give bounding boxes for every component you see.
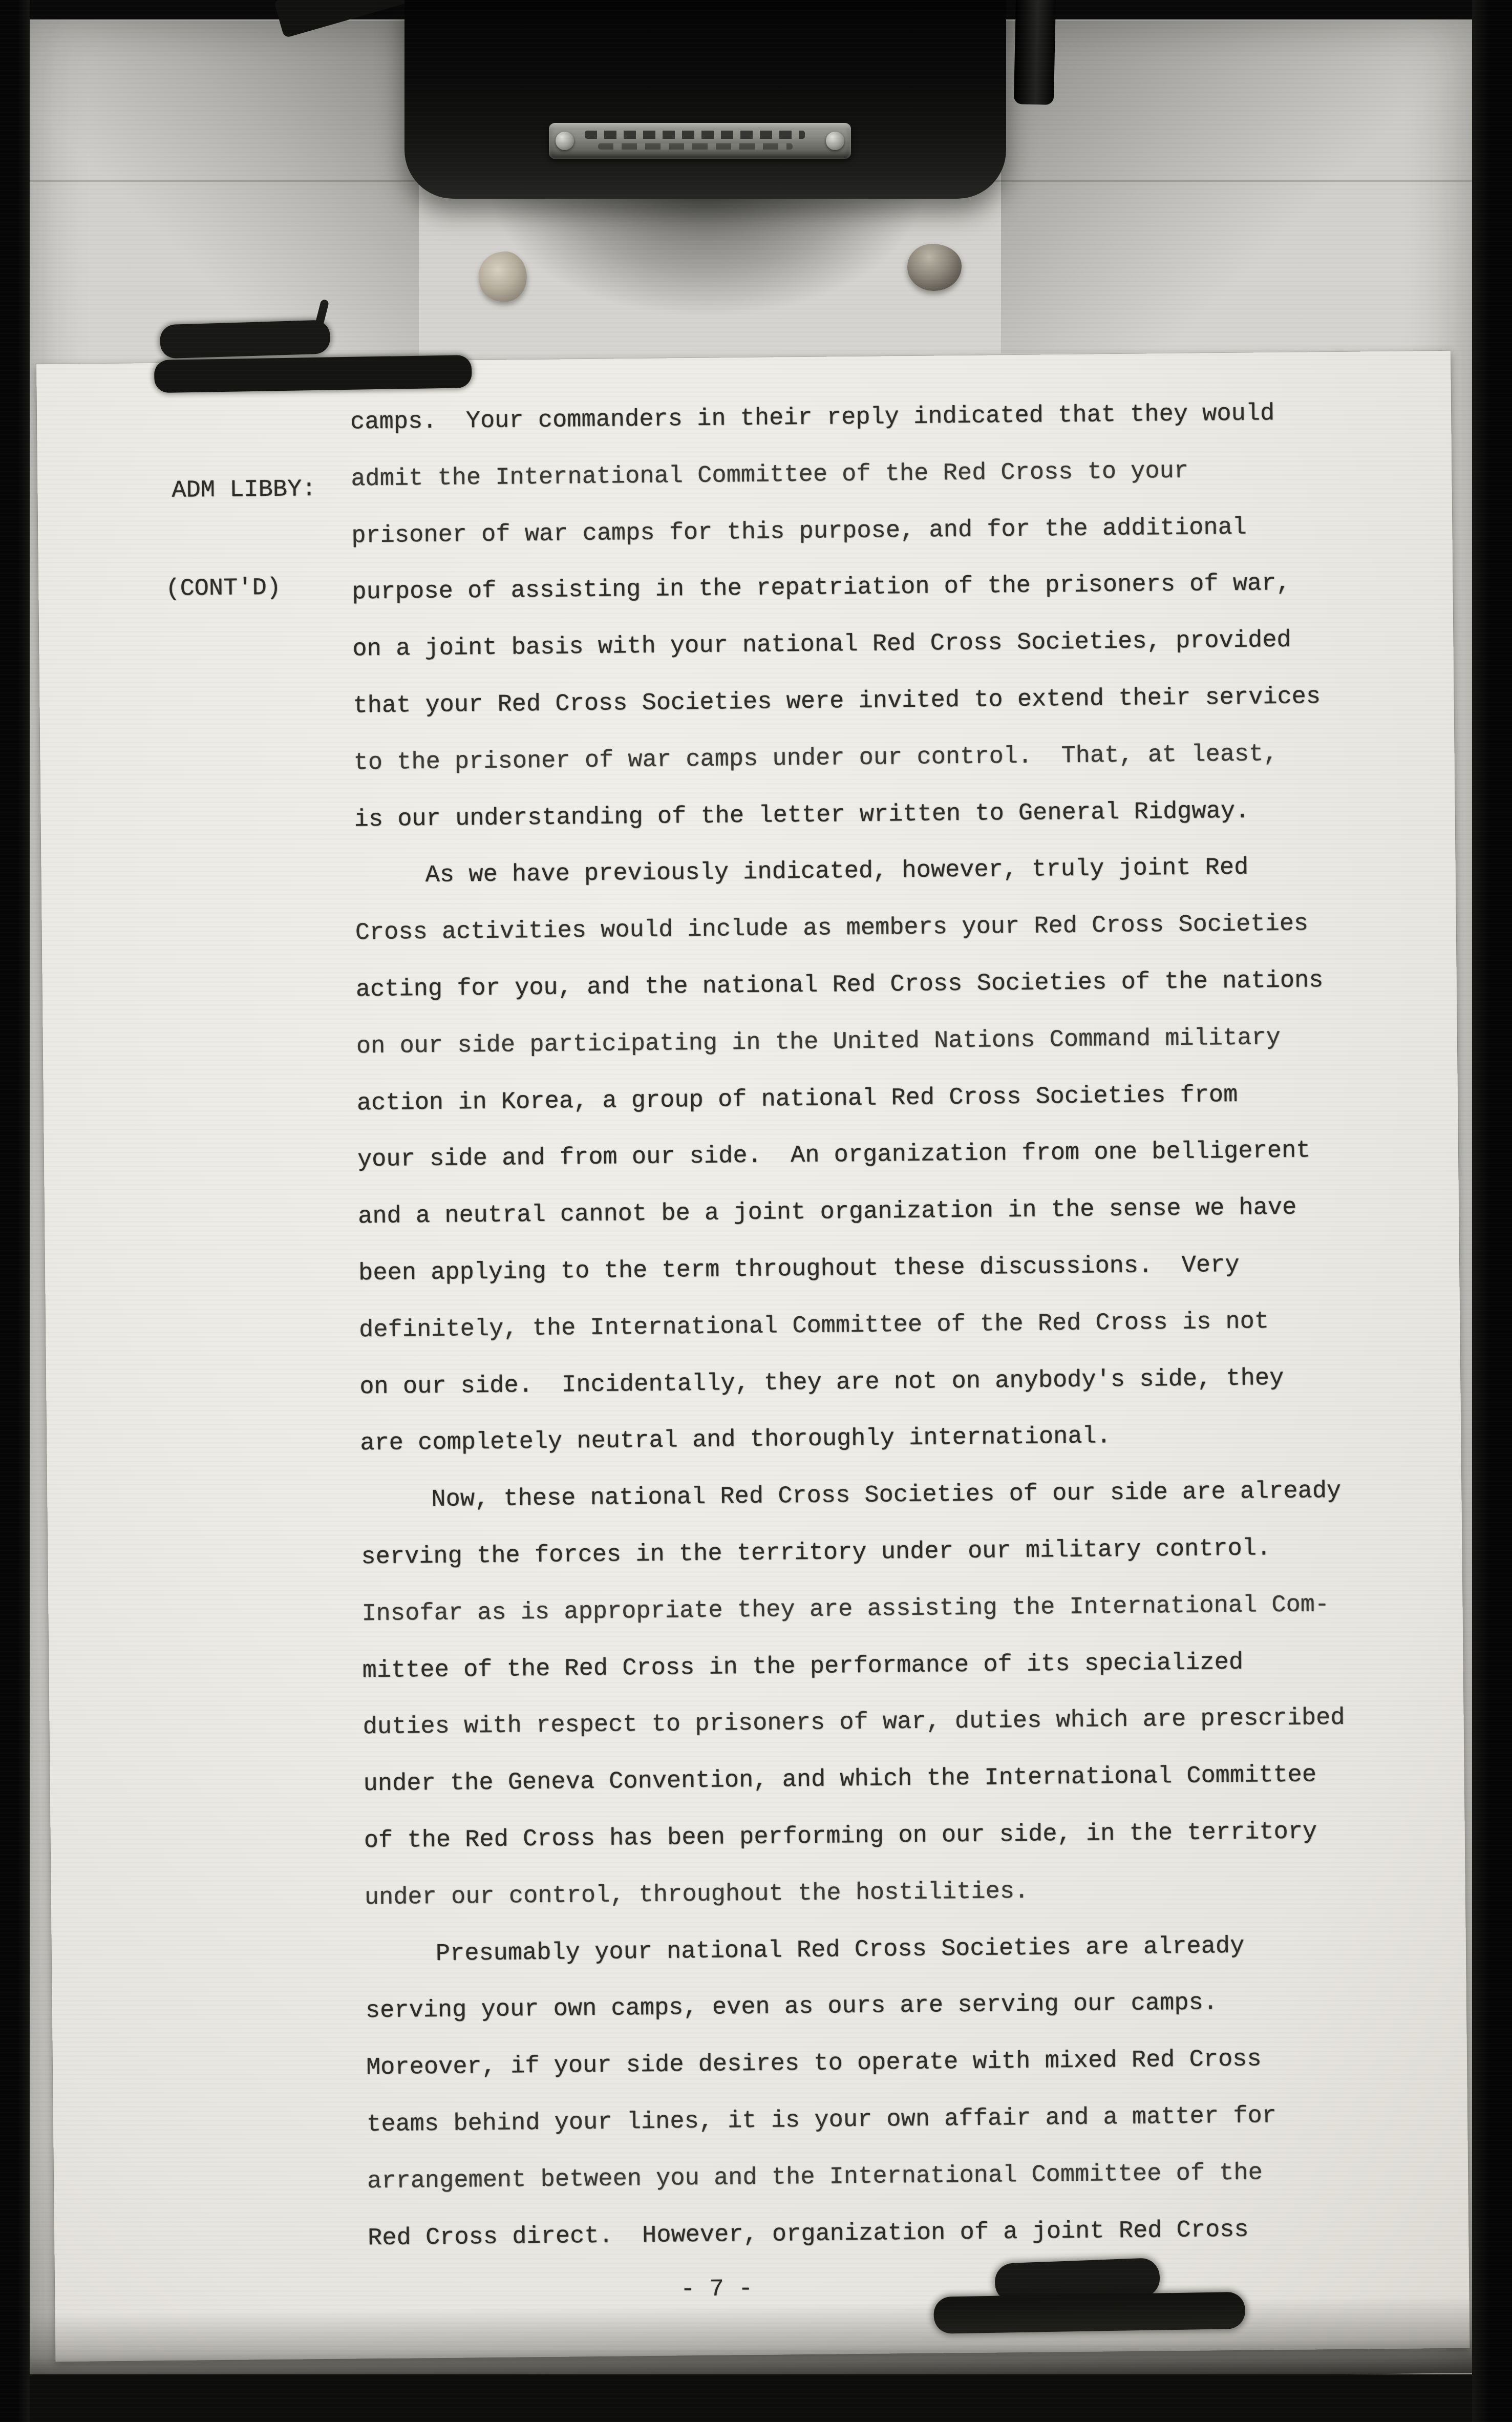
transcript-line: are completely neutral and thoroughly in… [360,1418,1436,1461]
transcript-line: Cross activities would include as member… [355,907,1431,950]
transcript-line: your side and from our side. An organiza… [357,1134,1433,1177]
redaction-bar-top-1 [160,320,331,359]
transcript-line: Insofar as is appropriate they are assis… [361,1588,1437,1631]
transcript-line: Now, these national Red Cross Societies … [360,1474,1436,1517]
transcript-line: definitely, the International Committee … [359,1304,1435,1347]
transcript-line: that your Red Cross Societies were invit… [353,680,1429,723]
transcript-line: serving your own camps, even as ours are… [366,1985,1441,2028]
transcript-line: purpose of assisting in the repatriation… [352,566,1428,609]
transcript-line: on our side. Incidentally, they are not … [359,1361,1435,1404]
document-page: ADM LIBBY: (CONT'D) camps. Your commande… [36,351,1470,2362]
left-black-bar [0,0,30,2422]
scanned-transcript-page: { "colors": { "paper": "#edebe5", "ink":… [0,0,1512,2422]
screw-icon [556,132,574,150]
speaker-name: ADM LIBBY: [172,473,316,508]
binder-rod [1014,0,1056,105]
transcript-line: Presumably your national Red Cross Socie… [365,1928,1441,1971]
transcript-line: admit the International Committee of the… [351,453,1426,496]
transcript-line: acting for you, and the national Red Cro… [356,963,1432,1006]
transcript-line: mittee of the Red Cross in the performan… [362,1645,1438,1688]
transcript-line: teams behind your lines, it is your own … [367,2098,1442,2141]
transcript-line: arrangement between you and the Internat… [367,2155,1443,2198]
binding-machine [404,0,1006,199]
transcript-line: serving the forces in the territory unde… [361,1531,1437,1574]
transcript-line: prisoner of war camps for this purpose, … [351,510,1427,553]
transcript-line: As we have previously indicated, however… [354,850,1430,893]
transcript-line: and a neutral cannot be a joint organiza… [358,1190,1434,1233]
machine-shadow-left [30,20,419,359]
redaction-bar-top-2 [154,355,472,393]
transcript-line: to the prisoner of war camps under our c… [353,736,1429,780]
transcript-line: is our understanding of the letter writt… [354,793,1430,836]
transcript-line: on our side participating in the United … [356,1020,1432,1063]
bottom-black-bar [0,2374,1512,2422]
right-black-bar [1472,0,1512,2422]
transcript-line: on a joint basis with your national Red … [352,623,1428,666]
transcript-line: been applying to the term throughout the… [358,1247,1434,1290]
transcript-line: duties with respect to prisoners of war,… [363,1701,1438,1744]
page-number: - 7 - [680,2273,753,2306]
transcript-line: camps. Your commanders in their reply in… [350,396,1426,439]
machine-name-plate [549,123,851,159]
transcript-line: of the Red Cross has been performing on … [364,1815,1439,1858]
plate-markings [585,131,805,139]
speaker-label: ADM LIBBY: (CONT'D) [171,408,318,671]
plate-markings-lower [598,143,793,150]
transcript-line: Red Cross direct. However, organization … [368,2212,1443,2255]
transcript-line: Moreover, if your side desires to operat… [366,2041,1442,2084]
speaker-continued: (CONT'D) [165,572,317,606]
transcript-line: under the Geneva Convention, and which t… [363,1758,1439,1801]
transcript-line: under our control, throughout the hostil… [365,1871,1440,1914]
transcript-line: action in Korea, a group of national Red… [357,1077,1433,1120]
machine-shadow-right [1001,20,1472,353]
transcript-lines: camps. Your commanders in their reply in… [350,396,1443,2279]
hole-punch-right [907,244,962,291]
screw-icon [826,132,844,150]
